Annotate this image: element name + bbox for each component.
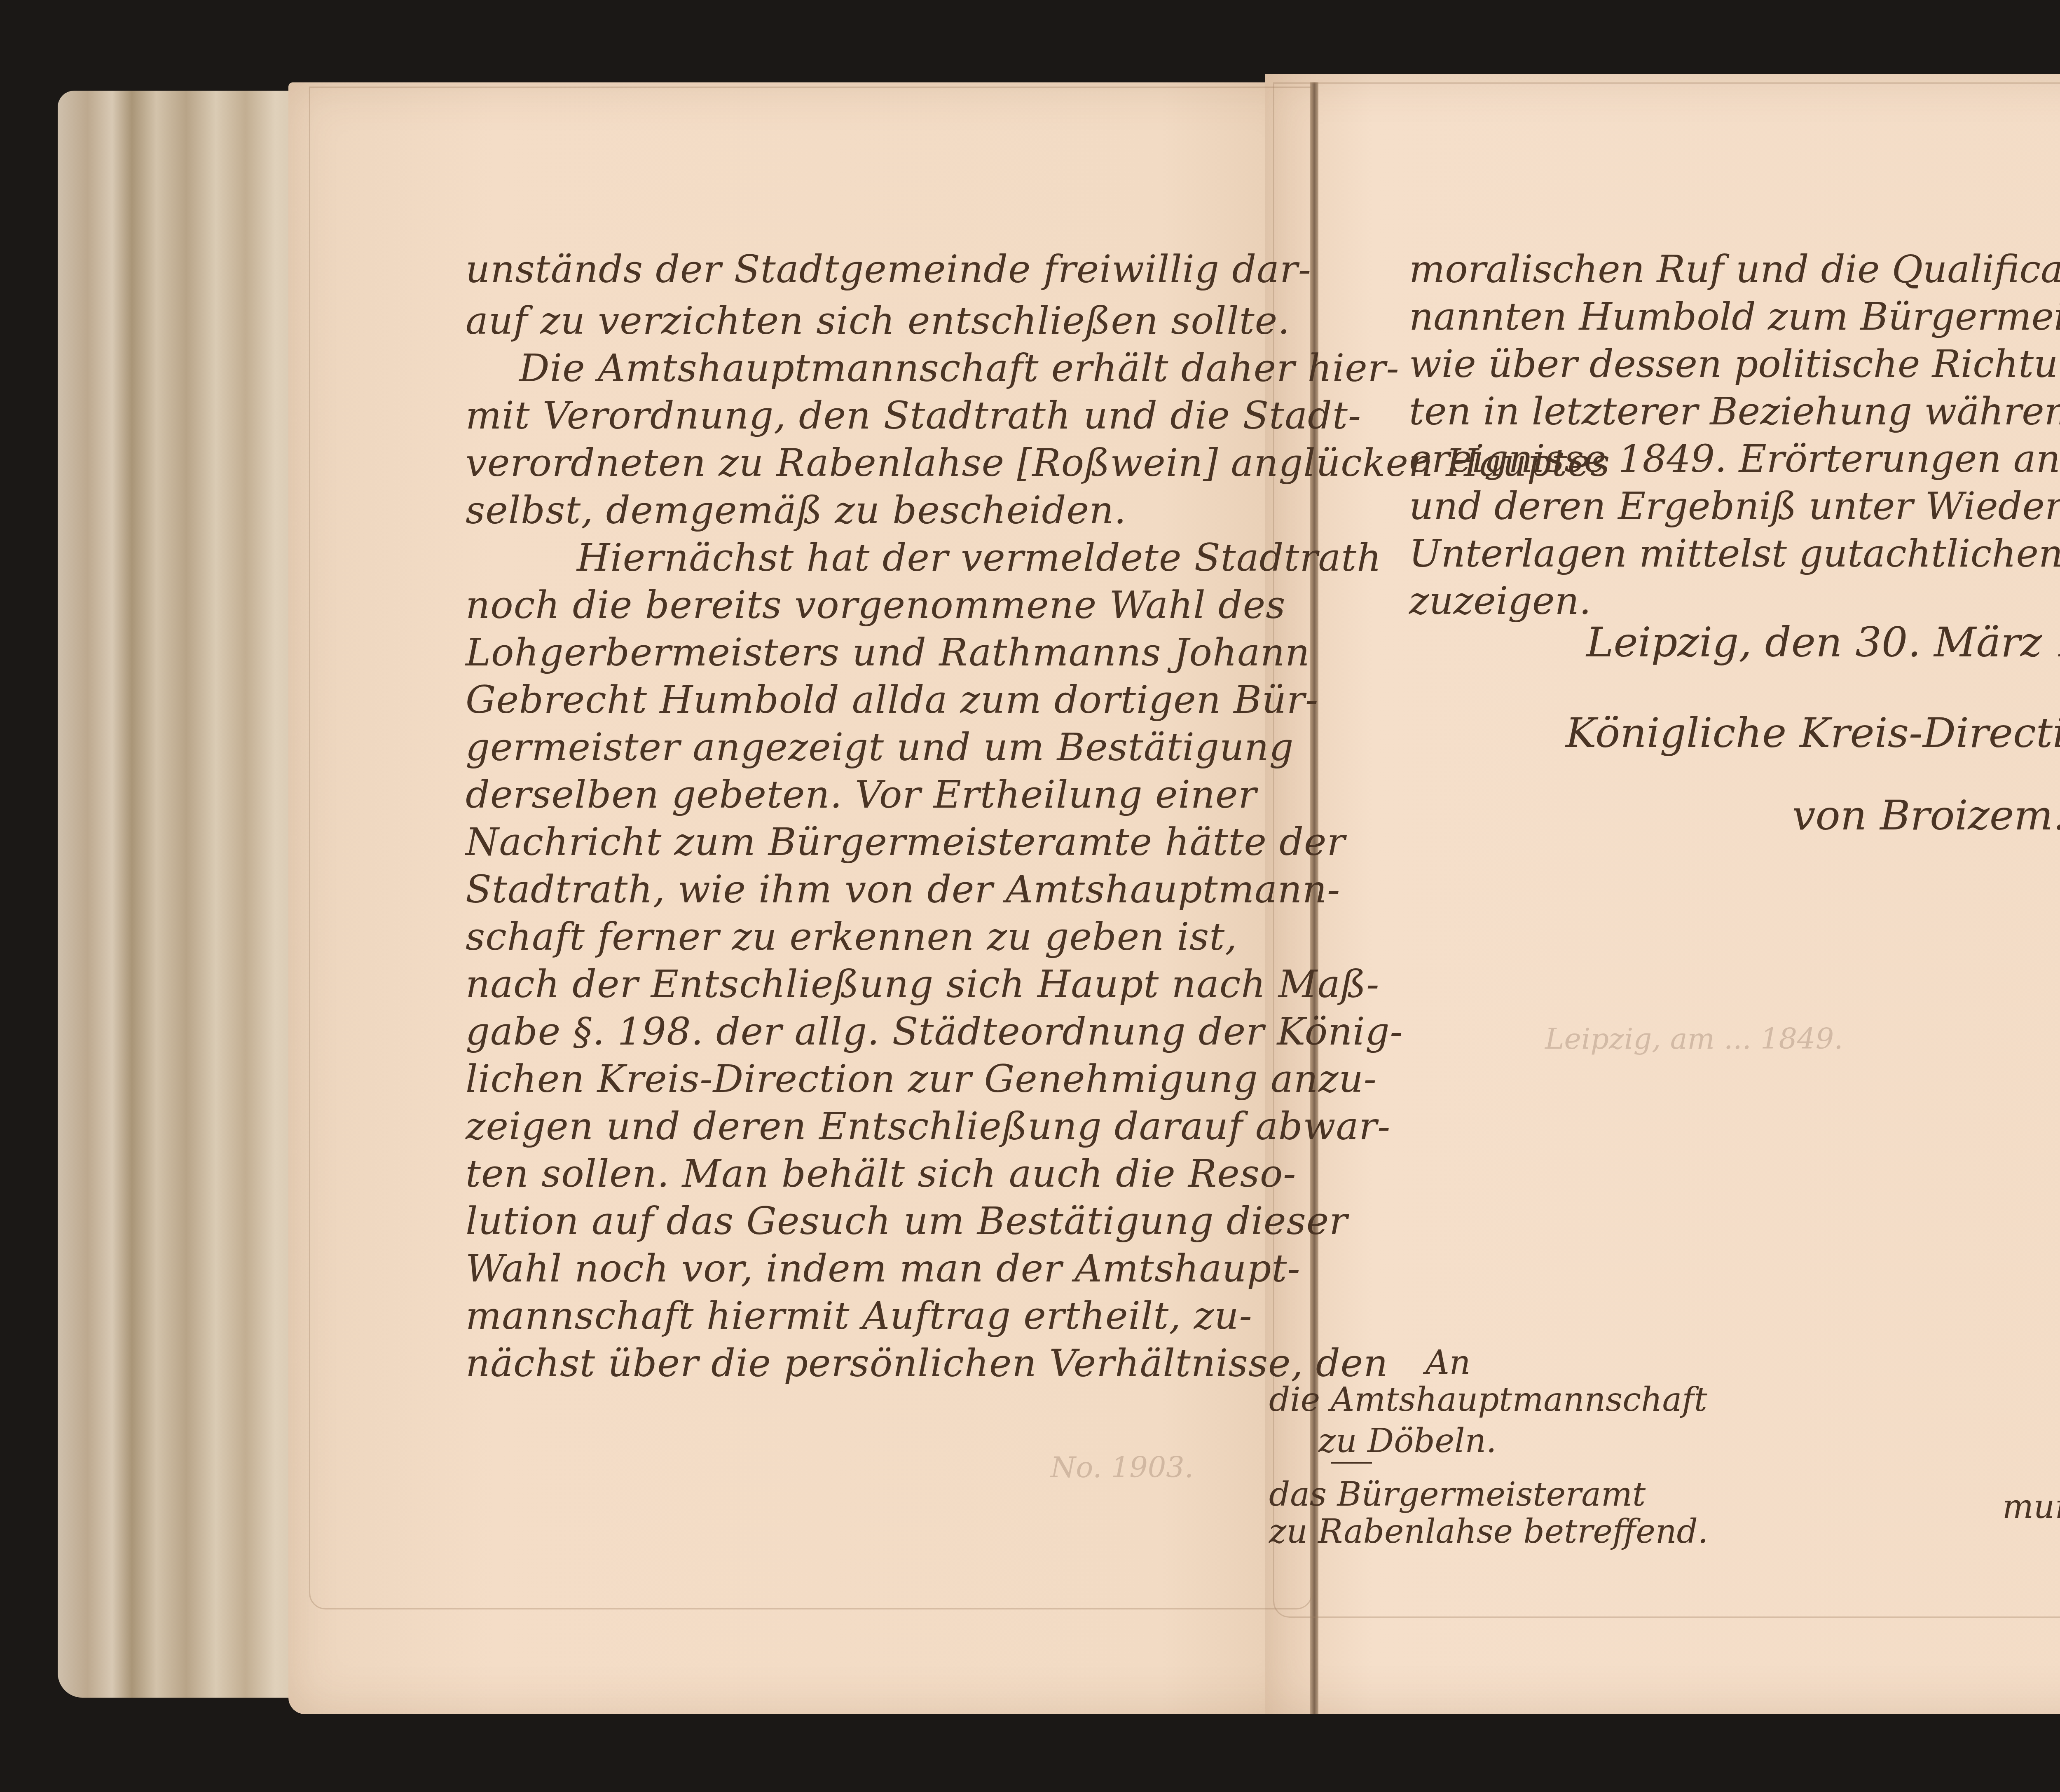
right-line: zuzeigen.: [1409, 579, 1591, 623]
left-line: nächst über die persönlichen Verhältniss…: [466, 1341, 1388, 1385]
left-line: Hiernächst hat der vermeldete Stadtrath: [577, 536, 1382, 580]
place-and-date: Leipzig, den 30. März 1852.: [1586, 618, 2060, 666]
left-line: mannschaft hiermit Auftrag ertheilt, zu-: [466, 1294, 1252, 1338]
bleed-through-right: Leipzig, am ... 1849.: [1545, 1022, 1843, 1056]
margin-note: mundirt.: [2002, 1487, 2060, 1526]
issuing-authority: Königliche Kreis-Direction.: [1566, 709, 2060, 757]
left-line: Gebrecht Humbold allda zum dortigen Bür-: [466, 678, 1318, 722]
subject-line-1: das Bürgermeisteramt: [1269, 1475, 1646, 1513]
left-line: mit Verordnung, den Stadtrath und die St…: [466, 394, 1361, 438]
left-line: lution auf das Gesuch um Bestätigung die…: [466, 1199, 1348, 1243]
left-line: Wahl noch vor, indem man der Amtshaupt-: [466, 1246, 1301, 1291]
right-line: moralischen Ruf und die Qualification de…: [1409, 247, 2060, 291]
left-line: derselben gebeten. Vor Ertheilung einer: [466, 773, 1257, 817]
left-line: lichen Kreis-Direction zur Genehmigung a…: [466, 1057, 1377, 1101]
left-line: Die Amtshauptmannschaft erhält daher hie…: [519, 346, 1400, 390]
left-line: Stadtrath, wie ihm von der Amtshauptmann…: [466, 867, 1340, 911]
left-line: gabe §. 198. der allg. Städteordnung der…: [466, 1010, 1403, 1054]
left-line: zeigen und deren Entschließung darauf ab…: [466, 1104, 1390, 1148]
right-line: ereignisse 1849. Erörterungen anzustelle…: [1409, 437, 2060, 481]
address-recipient: die Amtshauptmannschaft: [1269, 1380, 1707, 1419]
left-page-stack-edges: [58, 91, 305, 1698]
left-line: Lohgerbermeisters und Rathmanns Johann: [466, 630, 1310, 675]
subject-line-2: zu Rabenlahse betreffend.: [1269, 1512, 1708, 1551]
address-location: zu Döbeln.: [1318, 1422, 1497, 1460]
bleed-through-left: No. 1903.: [1051, 1450, 1194, 1484]
left-line: schaft ferner zu erkennen zu geben ist,: [466, 915, 1238, 959]
signature: von Broizem.: [1792, 791, 2060, 839]
left-line: selbst, demgemäß zu bescheiden.: [466, 488, 1126, 532]
left-line: Nachricht zum Bürgermeisteramte hätte de…: [466, 820, 1345, 864]
right-line: wie über dessen politische Richtung und …: [1409, 342, 2060, 386]
address-separator: [1331, 1462, 1372, 1464]
left-line: germeister angezeigt und um Bestätigung: [466, 725, 1294, 769]
address-salutation: An: [1426, 1343, 1470, 1382]
left-line: noch die bereits vorgenommene Wahl des: [466, 583, 1285, 627]
right-line: und deren Ergebniß unter Wiedereinreichu…: [1409, 484, 2060, 528]
left-line: ten sollen. Man behält sich auch die Res…: [466, 1152, 1296, 1196]
right-line: ten in letzterer Beziehung während der M…: [1409, 389, 2060, 433]
left-line: auf zu verzichten sich entschließen soll…: [466, 299, 1290, 343]
left-line: nach der Entschließung sich Haupt nach M…: [466, 962, 1379, 1006]
right-line: nannten Humbold zum Bürgermeisteramte, s…: [1409, 295, 2060, 339]
right-line: Unterlagen mittelst gutachtlichen Berich…: [1409, 532, 2060, 576]
left-line: unständs der Stadtgemeinde freiwillig da…: [466, 247, 1311, 291]
